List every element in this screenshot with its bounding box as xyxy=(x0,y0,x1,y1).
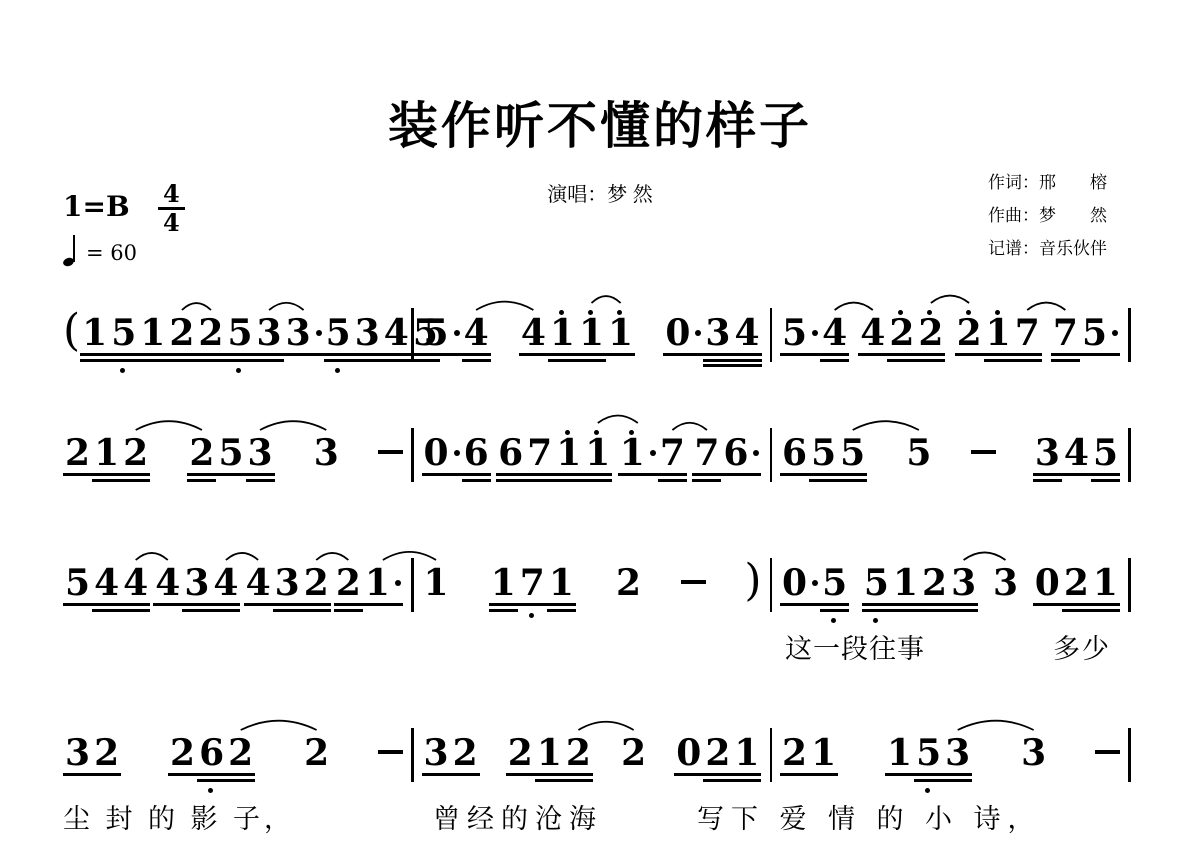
beam-underline xyxy=(547,603,576,606)
note: 1 xyxy=(554,435,583,471)
octave-dot-below xyxy=(120,368,125,373)
note-group: 06 xyxy=(422,435,491,471)
measure: 544111034 xyxy=(422,315,762,351)
beam-underline xyxy=(548,353,577,356)
note-digit: 1 xyxy=(893,565,918,601)
meter-denominator: 4 xyxy=(158,207,185,236)
beam-underline xyxy=(109,359,138,362)
note-digit: 3 xyxy=(286,315,311,351)
slur-arc xyxy=(835,303,873,310)
beam-underline xyxy=(1033,473,1062,476)
note: 7 xyxy=(525,435,554,471)
music-line: 5444344322111712)0551233021 xyxy=(63,565,1139,612)
note-group: 212 xyxy=(63,435,150,471)
lyric-line: 这一段往事 xyxy=(785,627,925,666)
beam-underline xyxy=(658,479,687,482)
note-digit: 3 xyxy=(1035,435,1060,471)
augmentation-dot xyxy=(650,450,656,456)
note: 4 xyxy=(92,565,121,601)
beam-underline xyxy=(703,359,732,362)
note-digit: 2 xyxy=(94,735,119,771)
beam-underline xyxy=(121,609,150,612)
note-digit: 4 xyxy=(155,565,180,601)
note-digit: 5 xyxy=(218,435,243,471)
note: 2 xyxy=(63,435,92,471)
note-digit: 3 xyxy=(257,315,282,351)
beam-underline xyxy=(411,359,440,362)
note: 4 xyxy=(153,565,182,601)
beam-underline xyxy=(1051,359,1080,362)
beam-underline xyxy=(226,773,255,776)
note-group: 253 xyxy=(187,435,274,471)
beam-underline xyxy=(1080,353,1120,356)
beam-underline xyxy=(302,603,331,606)
note-digit: 4 xyxy=(384,315,409,351)
note-digit: 5 xyxy=(227,315,252,351)
note-digit: 1 xyxy=(620,435,645,471)
beam-underline xyxy=(916,359,945,362)
note: 2 xyxy=(614,565,643,601)
note: 5 xyxy=(422,315,462,351)
note-digit: 6 xyxy=(464,435,489,471)
beam-underline xyxy=(63,773,92,776)
note-group: 3 xyxy=(991,565,1020,601)
beam-underline xyxy=(943,773,972,776)
note: 3 xyxy=(353,315,382,351)
note: 4 xyxy=(462,315,491,351)
slur-arc xyxy=(476,302,533,310)
note-group: 2 xyxy=(302,735,331,771)
note-group: 21 xyxy=(780,735,838,771)
beam-underline xyxy=(255,359,284,362)
note: 3 xyxy=(312,435,341,471)
note: 5 xyxy=(809,435,838,471)
lyric-line: 曾经的沧海 xyxy=(433,797,603,836)
beam-underline xyxy=(519,353,548,356)
beam-underline xyxy=(703,773,732,776)
measure: 54443443221 xyxy=(63,565,403,601)
lyric-line: 尘 封 的 影 子， xyxy=(63,797,295,836)
lyric-line: 写下 爱 情 的 小 诗， xyxy=(697,797,1042,836)
note-digit: 5 xyxy=(1082,315,1107,351)
beam-underline xyxy=(462,353,491,356)
note: 4 xyxy=(121,565,150,601)
note-digit: 4 xyxy=(521,315,546,351)
beam-underline xyxy=(92,773,121,776)
beam-underline xyxy=(422,773,451,776)
beam-underline xyxy=(674,773,703,776)
note: 1 xyxy=(548,315,577,351)
open-paren: ( xyxy=(63,311,80,351)
note-group: 6711 xyxy=(496,435,612,471)
octave-dot-below xyxy=(236,368,241,373)
beam-underline xyxy=(914,779,943,782)
beam-underline xyxy=(121,479,150,482)
note-digit: 4 xyxy=(734,315,759,351)
augmentation-dot xyxy=(454,330,460,336)
note: 5 xyxy=(914,735,943,771)
beam-underline xyxy=(496,479,525,482)
augmentation-dot xyxy=(454,450,460,456)
note: 5 xyxy=(109,315,138,351)
beam-underline xyxy=(984,353,1013,356)
note-digit: 6 xyxy=(498,435,523,471)
note-group: 432 xyxy=(244,565,331,601)
note-digit: 2 xyxy=(123,435,148,471)
note: 2 xyxy=(92,735,121,771)
note-digit: 0 xyxy=(676,735,701,771)
note: 1 xyxy=(1091,565,1120,601)
note: 4 xyxy=(820,315,849,351)
beam-underline xyxy=(1091,473,1120,476)
augmentation-dot xyxy=(316,330,322,336)
note-digit: 4 xyxy=(822,315,847,351)
beam-underline xyxy=(334,603,363,606)
note-digit: 1 xyxy=(365,565,390,601)
note-digit: 1 xyxy=(734,735,759,771)
beam-underline xyxy=(914,773,943,776)
note-digit: 4 xyxy=(94,565,119,601)
beam-underline xyxy=(780,603,820,606)
composer-credit: 作曲：梦 然 xyxy=(988,199,1107,232)
beam-underline xyxy=(121,473,150,476)
note: 3 xyxy=(182,565,211,601)
note-digit: 2 xyxy=(508,735,533,771)
note-digit: 1 xyxy=(491,565,516,601)
barline xyxy=(411,558,414,612)
beam-underline xyxy=(273,603,302,606)
beam-underline xyxy=(887,359,916,362)
beam-underline xyxy=(732,773,761,776)
beam-underline xyxy=(891,609,920,612)
note-digit: 4 xyxy=(464,315,489,351)
beam-underline xyxy=(382,359,411,362)
note-group: 544 xyxy=(63,565,150,601)
beam-underline xyxy=(196,353,225,356)
note-digit: 2 xyxy=(621,735,646,771)
song-title: 装作听不懂的样子 xyxy=(0,86,1200,158)
note-digit: 1 xyxy=(550,315,575,351)
note-digit: 2 xyxy=(198,315,223,351)
beam-underline xyxy=(196,359,225,362)
note: 0 xyxy=(663,315,703,351)
note: 1 xyxy=(80,315,109,351)
note: 6 xyxy=(721,435,761,471)
measure: 0667111776 xyxy=(422,435,762,471)
slur-arc xyxy=(260,421,326,430)
note-group: 54 xyxy=(780,315,849,351)
note-group: 05 xyxy=(780,565,849,601)
note-group: 76 xyxy=(692,435,761,471)
note-group: 21 xyxy=(334,565,403,601)
beam-underline xyxy=(732,364,761,367)
barline xyxy=(1128,308,1131,362)
note-digit: 4 xyxy=(123,565,148,601)
note-digit: 2 xyxy=(189,435,214,471)
note-group: 54 xyxy=(422,315,491,351)
beam-underline xyxy=(949,609,978,612)
note-group: 35 xyxy=(284,315,353,351)
note: 2 xyxy=(187,435,216,471)
beam-underline xyxy=(1013,353,1042,356)
music-line: 322622322122021211533 xyxy=(63,735,1139,782)
note: 3 xyxy=(284,315,324,351)
note: 3 xyxy=(63,735,92,771)
beam-underline xyxy=(109,353,138,356)
note: 2 xyxy=(226,735,255,771)
note-digit: 1 xyxy=(986,315,1011,351)
slur-arc xyxy=(1027,303,1065,310)
beam-underline xyxy=(809,479,838,482)
note: 3 xyxy=(703,315,732,351)
measure: 211533 xyxy=(780,735,1120,771)
note-digit: 2 xyxy=(922,565,947,601)
note-digit: 1 xyxy=(608,315,633,351)
beam-underline xyxy=(451,773,480,776)
note: 2 xyxy=(887,315,916,351)
beam-underline xyxy=(216,473,245,476)
note-digit: 5 xyxy=(864,565,889,601)
note: 5 xyxy=(838,435,867,471)
beam-underline xyxy=(92,603,121,606)
note-digit: 3 xyxy=(275,565,300,601)
time-signature: 4 4 xyxy=(158,181,185,236)
note-group: 212 xyxy=(506,735,593,771)
note: 1 xyxy=(535,735,564,771)
measure: 2122533 xyxy=(63,435,403,471)
note-digit: 5 xyxy=(840,435,865,471)
meter-numerator: 4 xyxy=(158,181,185,207)
beam-underline xyxy=(862,603,891,606)
beam-underline xyxy=(577,353,606,356)
beam-underline xyxy=(1051,353,1080,356)
beam-underline xyxy=(518,603,547,606)
beam-underline xyxy=(663,353,703,356)
beam-underline xyxy=(187,479,216,482)
note-digit: 2 xyxy=(65,435,90,471)
beam-underline xyxy=(943,779,972,782)
music-line: (1512253353455441110345442221775 xyxy=(63,315,1139,362)
slur-arc xyxy=(592,296,621,303)
beam-underline xyxy=(324,359,353,362)
slur-arc xyxy=(958,721,1034,730)
note-digit: 2 xyxy=(889,315,914,351)
beam-underline xyxy=(703,353,732,356)
barline xyxy=(770,308,773,362)
slur-arc xyxy=(136,553,168,560)
note: 1 xyxy=(618,435,658,471)
note: 7 xyxy=(1013,315,1042,351)
note-group: 2 xyxy=(619,735,648,771)
beam-underline xyxy=(554,473,583,476)
note-group: 345 xyxy=(1033,435,1120,471)
note-digit: 7 xyxy=(527,435,552,471)
note-group: 262 xyxy=(168,735,255,771)
note: 1 xyxy=(885,735,914,771)
note: 5 xyxy=(216,435,245,471)
beam-underline xyxy=(187,473,216,476)
octave-dot-above xyxy=(617,310,622,315)
notation-credit: 记谱：音乐伙伴 xyxy=(988,232,1107,265)
note-group: 1512 xyxy=(80,315,196,351)
beam-underline xyxy=(820,609,849,612)
note: 2 xyxy=(334,565,363,601)
note-group: 434 xyxy=(153,565,240,601)
note: 4 xyxy=(1062,435,1091,471)
beam-underline xyxy=(838,473,867,476)
note: 1 xyxy=(577,315,606,351)
beam-underline xyxy=(1091,479,1120,482)
note-digit: 1 xyxy=(424,565,449,601)
note-group: 153 xyxy=(885,735,972,771)
note-digit: 3 xyxy=(355,315,380,351)
note-digit: 1 xyxy=(140,315,165,351)
note: 2 xyxy=(302,735,331,771)
beam-underline xyxy=(255,353,284,356)
note-digit: 7 xyxy=(694,435,719,471)
beam-underline xyxy=(462,359,491,362)
beam-underline xyxy=(462,479,491,482)
dash-extension xyxy=(971,450,996,454)
note-group: 75 xyxy=(1051,315,1120,351)
beam-underline xyxy=(732,353,761,356)
note-group: 17 xyxy=(618,435,687,471)
octave-dot-above xyxy=(559,310,564,315)
beam-underline xyxy=(1062,603,1091,606)
beam-underline xyxy=(138,359,167,362)
note: 5 xyxy=(63,565,92,601)
measure: 11712) xyxy=(422,565,762,601)
note-digit: 6 xyxy=(782,435,807,471)
note-digit: 3 xyxy=(945,735,970,771)
beam-underline xyxy=(506,773,535,776)
note: 2 xyxy=(916,315,945,351)
credits-block: 作词：邢 榕 作曲：梦 然 记谱：音乐伙伴 xyxy=(988,166,1107,265)
beam-underline xyxy=(334,609,363,612)
note-digit: 2 xyxy=(957,315,982,351)
beam-underline xyxy=(284,353,324,356)
note-group: 171 xyxy=(489,565,576,601)
beam-underline xyxy=(226,779,255,782)
beam-underline xyxy=(535,779,564,782)
beam-underline xyxy=(353,359,382,362)
dash-extension xyxy=(681,580,706,584)
slur-arc xyxy=(269,303,304,310)
note: 4 xyxy=(244,565,273,601)
barline xyxy=(770,728,773,782)
note-digit: 0 xyxy=(665,315,690,351)
note-digit: 2 xyxy=(566,735,591,771)
beam-underline xyxy=(63,473,92,476)
beam-underline xyxy=(197,773,226,776)
note: 5 xyxy=(324,315,353,351)
note-digit: 3 xyxy=(993,565,1018,601)
beam-underline xyxy=(422,473,462,476)
note-digit: 1 xyxy=(887,735,912,771)
key-signature: 1=B xyxy=(63,190,130,223)
octave-dot-above xyxy=(995,310,1000,315)
beam-underline xyxy=(858,353,887,356)
octave-dot-below xyxy=(925,788,930,793)
note-digit: 3 xyxy=(424,735,449,771)
note-digit: 3 xyxy=(314,435,339,471)
beam-underline xyxy=(121,603,150,606)
beam-underline xyxy=(92,479,121,482)
octave-dot-above xyxy=(966,310,971,315)
beam-underline xyxy=(525,473,554,476)
note: 3 xyxy=(943,735,972,771)
quarter-note-icon xyxy=(63,234,77,266)
tempo-marking: = 60 xyxy=(63,234,137,266)
beam-underline xyxy=(703,364,732,367)
beam-underline xyxy=(489,603,518,606)
note-group: 034 xyxy=(663,315,761,351)
note: 2 xyxy=(955,315,984,351)
beam-underline xyxy=(363,603,403,606)
note: 4 xyxy=(211,565,240,601)
beam-underline xyxy=(525,479,554,482)
beam-underline xyxy=(780,353,820,356)
note-digit: 1 xyxy=(537,735,562,771)
music-line: 212253306671117766555345 xyxy=(63,435,1139,482)
beam-underline xyxy=(1062,609,1091,612)
note: 5 xyxy=(225,315,254,351)
measure: 5442221775 xyxy=(780,315,1120,351)
note-group: 3 xyxy=(312,435,341,471)
note-digit: 2 xyxy=(616,565,641,601)
tempo-value: = 60 xyxy=(86,240,137,266)
note-digit: 3 xyxy=(1021,735,1046,771)
note-group: 422 xyxy=(858,315,945,351)
note-digit: 5 xyxy=(906,435,931,471)
note-group: 2 xyxy=(614,565,643,601)
barline xyxy=(411,728,414,782)
beam-underline xyxy=(618,473,658,476)
note-digit: 5 xyxy=(111,315,136,351)
slur-arc xyxy=(136,421,202,430)
beam-underline xyxy=(246,479,275,482)
beam-underline xyxy=(80,359,109,362)
note: 1 xyxy=(732,735,761,771)
measure: 322122021 xyxy=(422,735,762,771)
note: 1 xyxy=(422,565,451,601)
lyricist-credit: 作词：邢 榕 xyxy=(988,166,1107,199)
beam-underline xyxy=(809,473,838,476)
augmentation-dot xyxy=(812,580,818,586)
beam-underline xyxy=(153,603,182,606)
note: 3 xyxy=(422,735,451,771)
note-digit: 1 xyxy=(585,435,610,471)
slur-arc xyxy=(241,721,317,730)
augmentation-dot xyxy=(1112,330,1118,336)
measure: (151225335345 xyxy=(63,315,403,351)
beam-underline xyxy=(780,773,809,776)
beam-underline xyxy=(92,609,121,612)
octave-dot-below xyxy=(529,613,534,618)
note: 2 xyxy=(1062,565,1091,601)
beam-underline xyxy=(225,353,254,356)
beam-underline xyxy=(703,779,732,782)
beam-underline xyxy=(554,479,583,482)
beam-underline xyxy=(324,353,353,356)
note: 4 xyxy=(858,315,887,351)
note-digit: 5 xyxy=(65,565,90,601)
note-digit: 3 xyxy=(184,565,209,601)
note: 1 xyxy=(138,315,167,351)
note: 5 xyxy=(862,565,891,601)
slur-arc xyxy=(226,553,258,560)
beam-underline xyxy=(564,773,593,776)
